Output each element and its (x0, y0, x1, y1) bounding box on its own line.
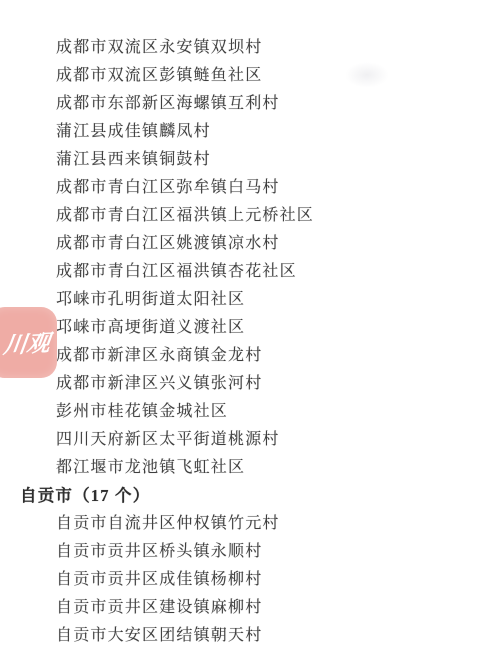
list-item: 自贡市贡井区成佳镇杨柳村 (0, 566, 499, 594)
chuanguan-watermark-text: 川观 (0, 325, 52, 361)
list-item: 成都市青白江区姚渡镇凉水村 (0, 230, 499, 258)
list-item: 蒲江县西来镇铜鼓村 (0, 146, 499, 174)
list-item: 成都市新津区永商镇金龙村 (0, 342, 499, 370)
village-name-list: 成都市双流区永安镇双坝村 成都市双流区彭镇鲢鱼社区 成都市东部新区海螺镇互利村 … (0, 34, 499, 650)
list-item: 蒲江县成佳镇麟凤村 (0, 118, 499, 146)
scanned-document-page: 成都市双流区永安镇双坝村 成都市双流区彭镇鲢鱼社区 成都市东部新区海螺镇互利村 … (0, 0, 499, 670)
list-item: 自贡市贡井区建设镇麻柳村 (0, 594, 499, 622)
list-item: 彭州市桂花镇金城社区 (0, 398, 499, 426)
list-item: 都江堰市龙池镇飞虹社区 (0, 454, 499, 482)
list-item: 成都市青白江区弥牟镇白马村 (0, 174, 499, 202)
section-heading-zigong: 自贡市（17 个） (0, 482, 499, 510)
chuanguan-news-watermark-badge: 川观 (0, 307, 57, 378)
list-item: 邛崃市高埂街道义渡社区 (0, 314, 499, 342)
list-item: 成都市双流区彭镇鲢鱼社区 (0, 62, 499, 90)
list-item: 四川天府新区太平街道桃源村 (0, 426, 499, 454)
list-item: 成都市双流区永安镇双坝村 (0, 34, 499, 62)
list-item: 自贡市自流井区仲权镇竹元村 (0, 510, 499, 538)
list-item: 成都市青白江区福洪镇杏花社区 (0, 258, 499, 286)
list-item: 邛崃市孔明街道太阳社区 (0, 286, 499, 314)
list-item: 成都市青白江区福洪镇上元桥社区 (0, 202, 499, 230)
list-item: 自贡市大安区团结镇朝天村 (0, 622, 499, 650)
list-item: 成都市东部新区海螺镇互利村 (0, 90, 499, 118)
list-item: 自贡市贡井区桥头镇永顺村 (0, 538, 499, 566)
list-item: 成都市新津区兴义镇张河村 (0, 370, 499, 398)
